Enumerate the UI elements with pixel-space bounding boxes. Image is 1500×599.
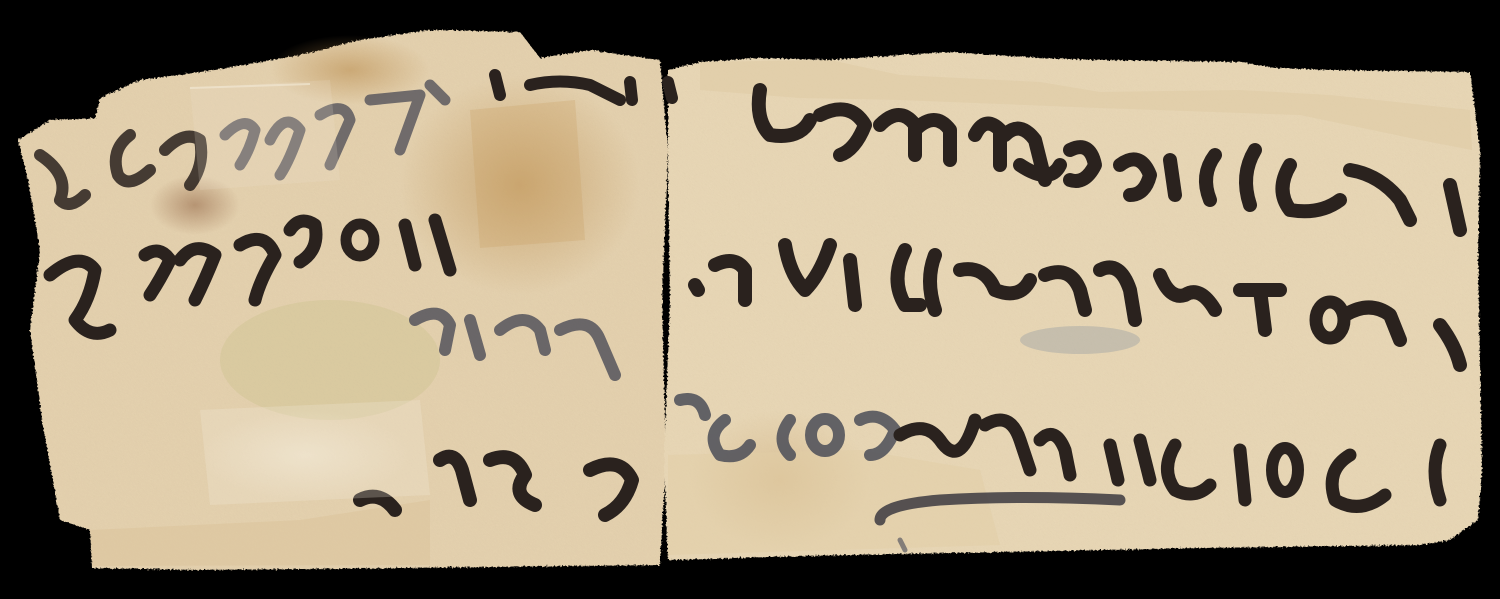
manuscript-photo: Manuscript fragment Torn, stained paper/… <box>0 0 1500 599</box>
fragment-illustration <box>0 0 1500 599</box>
